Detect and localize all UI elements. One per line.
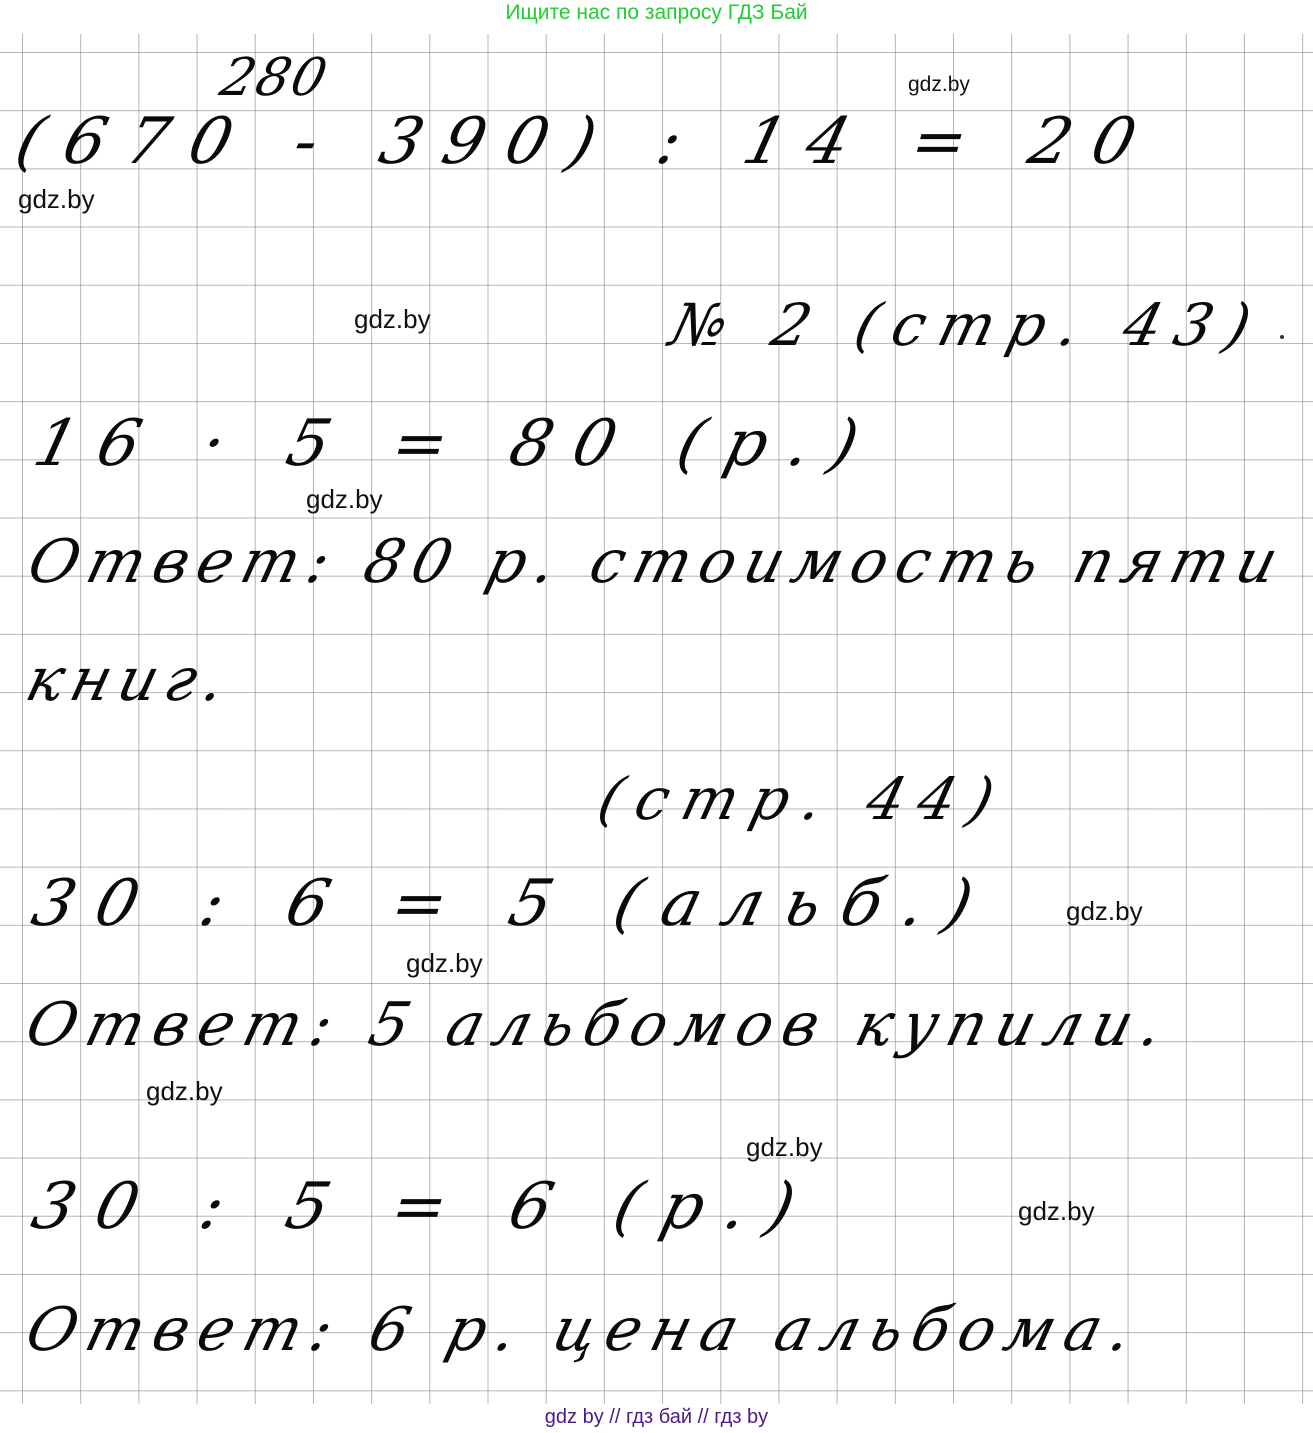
calculation-3: 30 : 5 = 6 (р.) (26, 1175, 823, 1239)
watermark: gdz.by (306, 486, 383, 512)
answer-3: Ответ: 6 р. цена альбома. (21, 1300, 1148, 1360)
watermark: gdz.by (354, 306, 431, 332)
watermark: gdz.by (1066, 898, 1143, 924)
watermark: gdz.by (146, 1078, 223, 1104)
bottom-banner[interactable]: gdz by // гдз бай // гдз by (0, 1404, 1313, 1433)
watermark: gdz.by (908, 74, 970, 95)
calculation-2: 30 : 6 = 5 (альб.) (26, 872, 1001, 936)
calculation-1: 16 · 5 = 80 (р.) (28, 412, 886, 476)
exercise-heading-1: № 2 (стр. 43) (665, 296, 1271, 354)
top-banner[interactable]: Ищите нас по запросу ГДЗ Бай (0, 0, 1313, 28)
watermark: gdz.by (1018, 1198, 1095, 1224)
answer-1-line-1: Ответ: 80 р. стоимость пяти (23, 532, 1293, 592)
answer-1-line-2: книг. (21, 650, 239, 710)
intermediate-result: 280 (216, 52, 334, 104)
answer-2: Ответ: 5 альбомов купили. (21, 995, 1179, 1055)
ink-dot (1280, 335, 1284, 339)
notebook-page: Ищите нас по запросу ГДЗ Бай 280 (670 - … (0, 0, 1313, 1433)
watermark: gdz.by (406, 950, 483, 976)
watermark: gdz.by (18, 186, 95, 212)
expression-1: (670 - 390) : 14 = 20 (10, 110, 1164, 174)
exercise-heading-2: (стр. 44) (593, 770, 1014, 828)
watermark: gdz.by (746, 1134, 823, 1160)
